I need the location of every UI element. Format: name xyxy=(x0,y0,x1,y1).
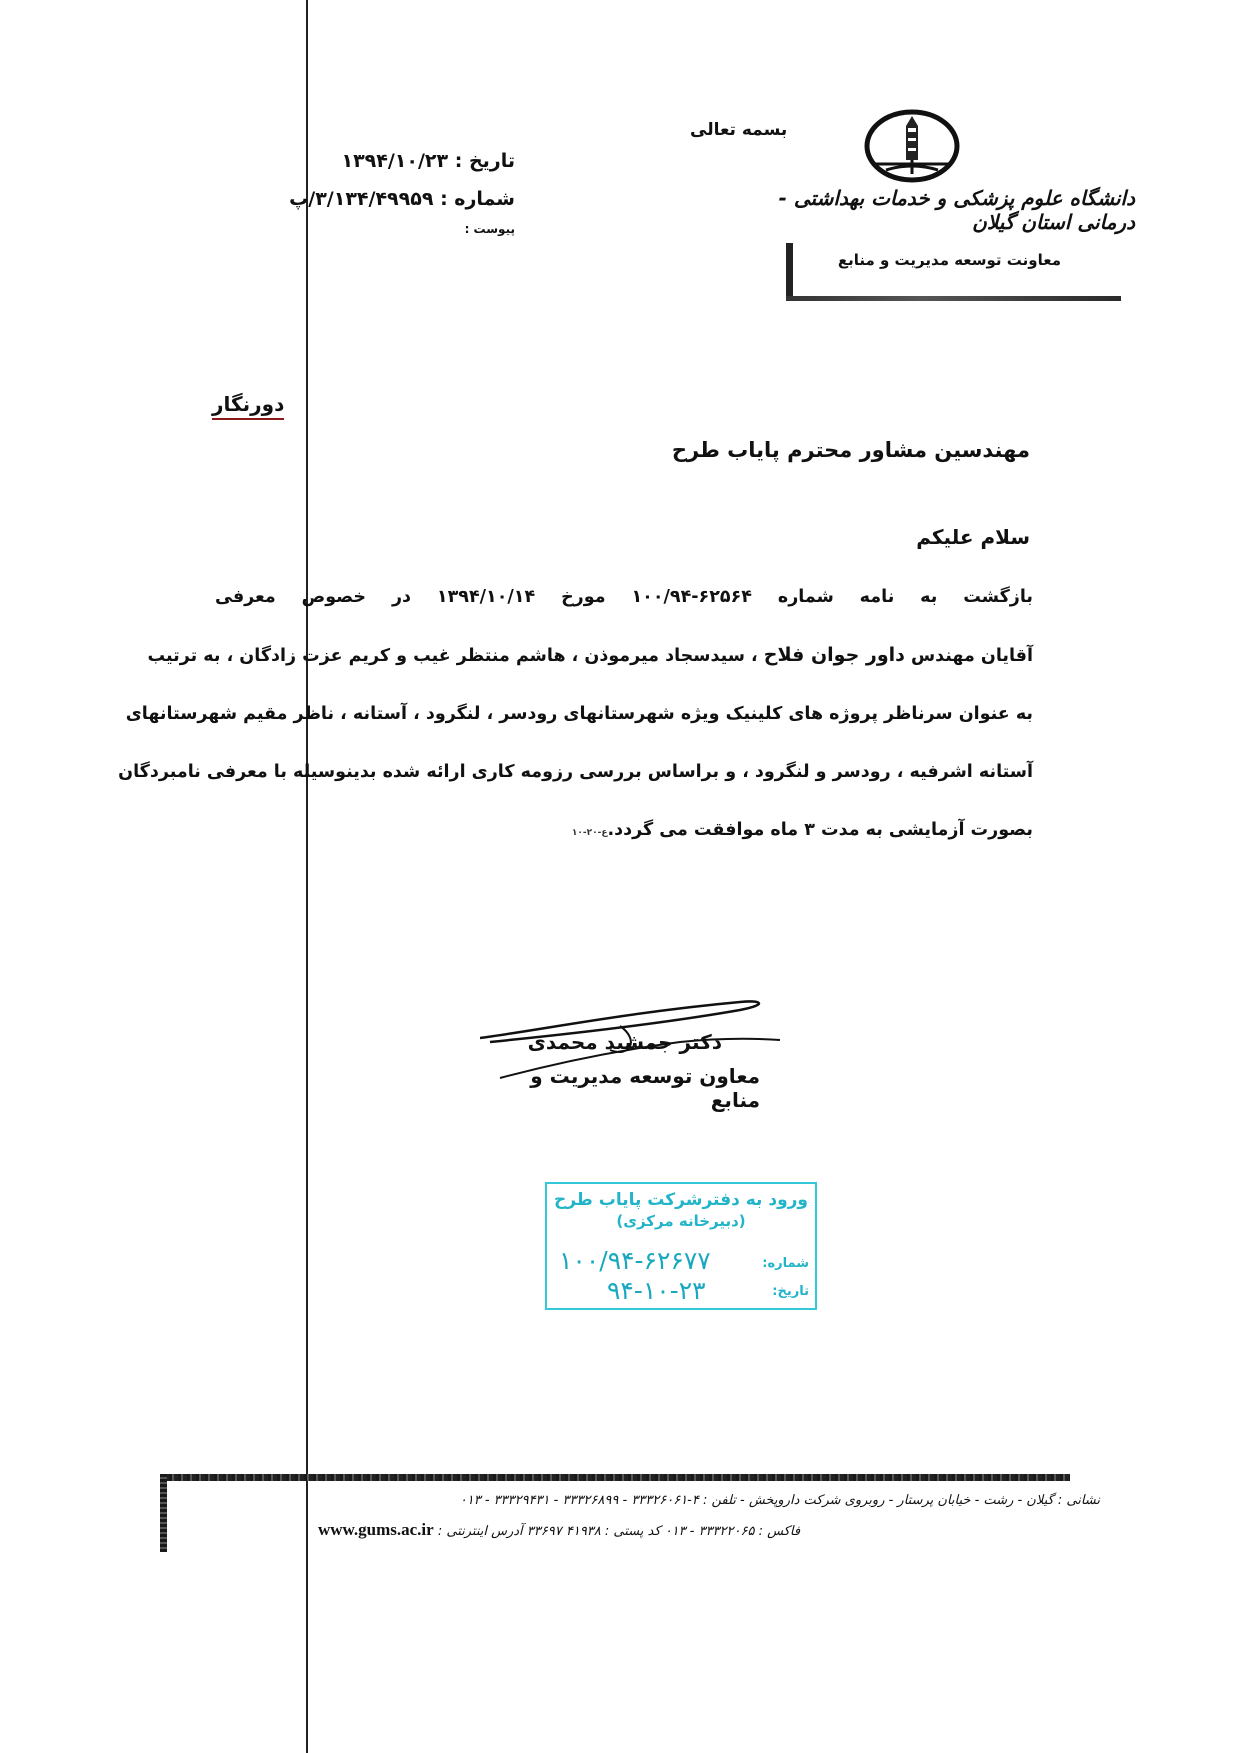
body-line-5: بصورت آزمایشی به مدت ۳ ماه موافقت می گرد… xyxy=(215,801,1033,862)
number-row: شماره : ۳/۱۳۴/۴۹۹۵۹/پ xyxy=(295,180,515,218)
date-label: تاریخ : xyxy=(455,150,515,172)
receipt-stamp: ورود به دفترشرکت پایاب طرح (دبیرخانه مرک… xyxy=(545,1182,817,1310)
greeting: سلام علیکم xyxy=(916,525,1030,549)
signatory-title: معاون توسعه مدیریت و منابع xyxy=(480,1064,760,1112)
body-line-1: بازگشت به نامه شماره ۶۲۵۶۴-۱۰۰/۹۴ مورخ ۱… xyxy=(215,568,1033,626)
department-bar-vertical xyxy=(786,243,793,301)
footer-contact: فاکس : ۳۳۳۲۲۰۶۵ - ۰۱۳ کد پستی : ۴۱۹۳۸ ۳۳… xyxy=(318,1520,800,1540)
stamp-date-value: ۹۴-۱۰-۲۳ xyxy=(607,1276,706,1305)
stamp-subtitle: (دبیرخانه مرکزی) xyxy=(547,1212,815,1230)
attachment-row: پیوست : xyxy=(295,218,515,240)
body-line-2: آقایان مهندس داور جوان فلاح ، سیدسجاد می… xyxy=(215,626,1033,685)
body-line-4: آستانه اشرفیه ، رودسر و لنگرود ، و براسا… xyxy=(215,743,1033,801)
stamp-title: ورود به دفترشرکت پایاب طرح xyxy=(547,1190,815,1210)
stamp-date-label: تاریخ: xyxy=(772,1284,809,1299)
bismillah-heading: بسمه تعالی xyxy=(690,120,787,140)
body-line-2-emphasis: داور جوان فلاح xyxy=(764,644,905,666)
signatory-name: دکتر جمشید محمدی xyxy=(528,1030,722,1054)
attachment-label: پیوست : xyxy=(465,222,515,236)
department-name: معاونت توسعه مدیریت و منابع xyxy=(838,251,1061,269)
stamp-number-value: ۱۰۰/۹۴-۶۲۶۷۷ xyxy=(559,1246,711,1275)
footer-rule-vertical xyxy=(160,1474,167,1552)
letter-body: بازگشت به نامه شماره ۶۲۵۶۴-۱۰۰/۹۴ مورخ ۱… xyxy=(215,568,1033,862)
signature-block: دکتر جمشید محمدی معاون توسعه مدیریت و من… xyxy=(480,990,800,1110)
scan-fold-line xyxy=(306,0,308,1753)
recipient: مهندسین مشاور محترم پایاب طرح xyxy=(672,438,1030,462)
footer-rule xyxy=(160,1474,1070,1481)
body-line-2-prefix: آقایان مهندس xyxy=(905,646,1033,666)
body-line-3: به عنوان سرناظر پروژه های کلینیک ویژه شه… xyxy=(215,685,1033,743)
footer-address: نشانی : گیلان - رشت - خیابان پرستار - رو… xyxy=(460,1493,1100,1508)
body-line-5-code: ع-۲۰-۱۰ xyxy=(572,828,608,838)
body-line-2-rest: ، سیدسجاد میرموذن ، هاشم منتظر غیب و کری… xyxy=(148,646,764,666)
body-line-5-text: بصورت آزمایشی به مدت ۳ ماه موافقت می گرد… xyxy=(608,820,1034,840)
date-row: تاریخ : ۱۳۹۴/۱۰/۲۳ xyxy=(295,142,515,180)
date-value: ۱۳۹۴/۱۰/۲۳ xyxy=(341,150,448,172)
fax-label: دورنگار xyxy=(212,392,284,420)
footer-website-link[interactable]: www.gums.ac.ir xyxy=(318,1520,434,1539)
number-value: ۳/۱۳۴/۴۹۹۵۹/پ xyxy=(289,188,433,210)
university-name: دانشگاه علوم پزشکی و خدمات بهداشتی - درم… xyxy=(735,186,1135,234)
number-label: شماره : xyxy=(440,188,515,210)
university-emblem-icon xyxy=(862,108,962,188)
department-box: معاونت توسعه مدیریت و منابع xyxy=(786,243,1121,301)
footer-fax-postal: فاکس : ۳۳۳۲۲۰۶۵ - ۰۱۳ کد پستی : ۴۱۹۳۸ ۳۳… xyxy=(438,1524,800,1539)
stamp-number-label: شماره: xyxy=(762,1256,809,1271)
department-bar-horizontal xyxy=(786,296,1121,301)
letter-meta: تاریخ : ۱۳۹۴/۱۰/۲۳ شماره : ۳/۱۳۴/۴۹۹۵۹/پ… xyxy=(295,142,515,240)
